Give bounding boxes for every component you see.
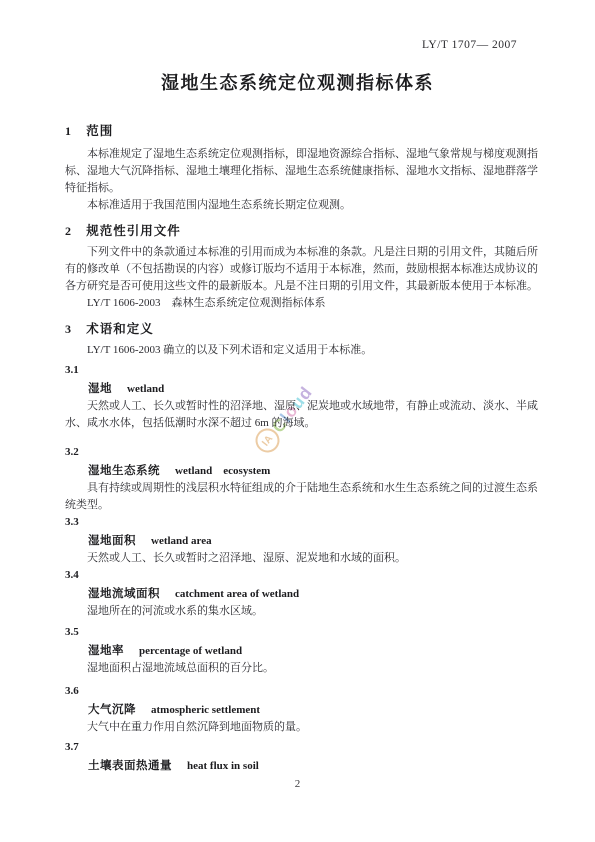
term-3-3: 3.3 湿地面积 wetland area 天然或人工、长久或暂时之沼泽地、湿原… xyxy=(65,514,538,567)
term-3-7-title: 土壤表面热通量 heat flux in soil xyxy=(65,756,538,775)
term-3-3-number: 3.3 xyxy=(65,514,538,531)
section-1-paragraph-2: 本标准适用于我国范围内湿地生态系统长期定位观测。 xyxy=(65,197,538,214)
term-3-2-number: 3.2 xyxy=(65,444,538,461)
section-2-heading: 2 规范性引用文件 xyxy=(65,222,538,240)
section-2-paragraph-1: 下列文件中的条款通过本标准的引用而成为本标准的条款。凡是注日期的引用文件，其随后… xyxy=(65,244,538,295)
section-2-number: 2 xyxy=(65,224,71,238)
term-3-7-name-cn: 土壤表面热通量 xyxy=(88,760,172,772)
term-3-3-name-en: wetland area xyxy=(151,535,212,547)
term-3-1-number: 3.1 xyxy=(65,362,538,379)
term-3-1: 3.1 湿地 wetland 天然或人工、长久或暂时性的沼泽地、湿原、泥炭地或水… xyxy=(65,362,538,432)
term-3-5-name-cn: 湿地率 xyxy=(88,645,124,657)
term-3-3-definition: 天然或人工、长久或暂时之沼泽地、湿原、泥炭地和水域的面积。 xyxy=(65,550,538,567)
term-3-3-name-cn: 湿地面积 xyxy=(88,535,136,547)
term-3-1-definition: 天然或人工、长久或暂时性的沼泽地、湿原、泥炭地或水域地带，有静止或流动、淡水、半… xyxy=(65,398,538,432)
term-3-6-name-cn: 大气沉降 xyxy=(88,704,136,716)
section-3-intro: LY/T 1606-2003 确立的以及下列术语和定义适用于本标准。 xyxy=(65,342,538,359)
term-3-4: 3.4 湿地流域面积 catchment area of wetland 湿地所… xyxy=(65,567,538,620)
section-2-title: 规范性引用文件 xyxy=(86,224,181,238)
document-page: LY/T 1707— 2007 湿地生态系统定位观测指标体系 1 范围 本标准规… xyxy=(0,0,595,842)
section-1-heading: 1 范围 xyxy=(65,122,538,140)
term-3-6-number: 3.6 xyxy=(65,683,538,700)
term-3-5-definition: 湿地面积占湿地流域总面积的百分比。 xyxy=(65,660,538,677)
term-3-5-name-en: percentage of wetland xyxy=(139,645,242,657)
term-3-5-number: 3.5 xyxy=(65,624,538,641)
term-3-3-title: 湿地面积 wetland area xyxy=(65,531,538,550)
term-3-6: 3.6 大气沉降 atmospheric settlement 大气中在重力作用… xyxy=(65,683,538,736)
section-3-number: 3 xyxy=(65,322,71,336)
term-3-4-definition: 湿地所在的河流或水系的集水区域。 xyxy=(65,603,538,620)
term-3-7-number: 3.7 xyxy=(65,739,538,756)
term-3-1-name-cn: 湿地 xyxy=(88,383,112,395)
term-3-2-name-cn: 湿地生态系统 xyxy=(88,465,160,477)
term-3-5: 3.5 湿地率 percentage of wetland 湿地面积占湿地流域总… xyxy=(65,624,538,677)
term-3-6-definition: 大气中在重力作用自然沉降到地面物质的量。 xyxy=(65,719,538,736)
section-3-title: 术语和定义 xyxy=(86,322,154,336)
document-title: 湿地生态系统定位观测指标体系 xyxy=(0,69,595,95)
page-number: 2 xyxy=(0,778,595,790)
section-1-paragraph-1: 本标准规定了湿地生态系统定位观测指标，即湿地资源综合指标、湿地气象常规与梯度观测… xyxy=(65,146,538,197)
normative-reference: LY/T 1606-2003 森林生态系统定位观测指标体系 xyxy=(65,295,538,312)
term-3-1-title: 湿地 wetland xyxy=(65,379,538,398)
section-1-title: 范围 xyxy=(86,124,113,138)
term-3-4-number: 3.4 xyxy=(65,567,538,584)
term-3-1-name-en: wetland xyxy=(127,383,164,395)
term-3-6-name-en: atmospheric settlement xyxy=(151,704,260,716)
term-3-4-name-en: catchment area of wetland xyxy=(175,588,299,600)
section-1-number: 1 xyxy=(65,124,71,138)
term-3-2: 3.2 湿地生态系统 wetland ecosystem 具有持续或周期性的浅层… xyxy=(65,444,538,514)
term-3-7-name-en: heat flux in soil xyxy=(187,760,259,772)
term-3-4-title: 湿地流域面积 catchment area of wetland xyxy=(65,584,538,603)
section-3-heading: 3 术语和定义 xyxy=(65,320,538,338)
term-3-2-name-en: wetland ecosystem xyxy=(175,465,270,477)
document-body: 1 范围 本标准规定了湿地生态系统定位观测指标，即湿地资源综合指标、湿地气象常规… xyxy=(65,118,538,775)
term-3-2-definition: 具有持续或周期性的浅层积水特征组成的介于陆地生态系统和水生生态系统之间的过渡生态… xyxy=(65,480,538,514)
standard-number: LY/T 1707— 2007 xyxy=(422,39,517,51)
term-3-4-name-cn: 湿地流域面积 xyxy=(88,588,160,600)
term-3-2-title: 湿地生态系统 wetland ecosystem xyxy=(65,461,538,480)
term-3-7: 3.7 土壤表面热通量 heat flux in soil xyxy=(65,739,538,775)
term-3-5-title: 湿地率 percentage of wetland xyxy=(65,641,538,660)
term-3-6-title: 大气沉降 atmospheric settlement xyxy=(65,700,538,719)
